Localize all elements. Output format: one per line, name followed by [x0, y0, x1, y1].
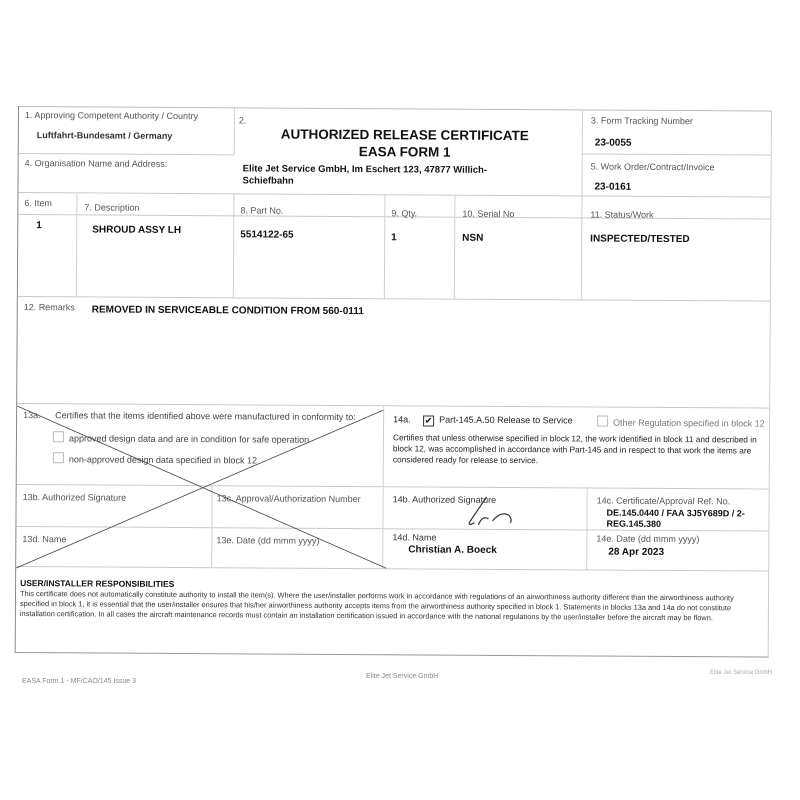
col-part-no: 8. Part No.: [240, 205, 283, 215]
form-title: AUTHORIZED RELEASE CERTIFICATE EASA FORM…: [255, 125, 555, 161]
block14e-label: 14e. Date (dd mmm yyyy): [596, 534, 699, 545]
block12-label: 12. Remarks: [24, 302, 75, 312]
block14a-option2: Other Regulation specified in block 12: [597, 416, 765, 429]
work-order-number: 23-0161: [594, 182, 631, 193]
col-description: 7. Description: [84, 202, 139, 212]
block14d-label: 14d. Name: [392, 532, 436, 542]
block3-label: 3. Form Tracking Number: [591, 116, 693, 127]
block14a-option1: ✔Part-145.A.50 Release to Service: [423, 414, 573, 427]
block2-label: 2.: [239, 115, 247, 125]
scanned-page: 1. Approving Competent Authority / Count…: [0, 0, 800, 800]
title-line2: EASA FORM 1: [255, 142, 555, 161]
block1-value: Luftfahrt-Bundesamt / Germany: [37, 130, 173, 141]
remarks-value: REMOVED IN SERVICEABLE CONDITION FROM 56…: [92, 304, 364, 317]
form-tracking-number: 23-0055: [595, 138, 632, 149]
checkbox-other-regulation[interactable]: [597, 416, 608, 427]
title-line1: AUTHORIZED RELEASE CERTIFICATE: [255, 125, 555, 144]
part145-label: Part-145.A.50 Release to Service: [439, 415, 573, 426]
col-qty: 9. Qty.: [391, 208, 417, 218]
other-regulation-label: Other Regulation specified in block 12: [613, 418, 765, 429]
checkbox-part145-checked[interactable]: ✔: [423, 415, 434, 426]
row-status: INSPECTED/TESTED: [590, 233, 690, 245]
signature-image: [456, 491, 536, 531]
signatory-name: Christian A. Boeck: [408, 544, 497, 556]
row-item: 1: [36, 220, 42, 231]
block1-label: 1. Approving Competent Authority / Count…: [25, 110, 198, 121]
organisation-address-line1: Elite Jet Service GmbH, Im Eschert 123, …: [243, 163, 487, 175]
responsibilities-text: This certificate does not automatically …: [20, 589, 760, 624]
block13-cross-out: [16, 402, 397, 574]
row-part-no: 5514122-65: [240, 229, 293, 240]
organisation-address-line2: Schiefbahn: [243, 175, 294, 186]
easa-form-1: 1. Approving Competent Authority / Count…: [15, 106, 772, 658]
col-serial-no: 10. Serial No: [462, 209, 514, 219]
approval-ref-line2: REG.145.380: [606, 519, 661, 529]
row-description: SHROUD ASSY LH: [92, 224, 181, 236]
row-serial-no: NSN: [462, 233, 483, 244]
block4-label: 4. Organisation Name and Address:: [25, 158, 168, 169]
footer-company-center: Elite Jet Service GmbH: [366, 673, 438, 680]
block5-label: 5. Work Order/Contract/Invoice: [591, 161, 715, 172]
block14c-label: 14c. Certificate/Approval Ref. No.: [597, 496, 731, 507]
row-qty: 1: [391, 232, 397, 243]
footer-company-right: Elite Jet Service GmbH: [710, 670, 772, 676]
footer-form-ref: EASA Form 1 - MF/CAO/145 Issue 3: [22, 678, 136, 685]
block14a-text: Certifies that unless otherwise specifie…: [393, 432, 763, 467]
responsibilities-title: USER/INSTALLER RESPONSIBILITIES: [20, 578, 174, 589]
col-item: 6. Item: [24, 198, 52, 208]
release-date: 28 Apr 2023: [608, 547, 664, 558]
approval-ref-line1: DE.145.0440 / FAA 3J5Y689D / 2-: [606, 508, 744, 519]
col-status: 11. Status/Work: [590, 209, 653, 219]
